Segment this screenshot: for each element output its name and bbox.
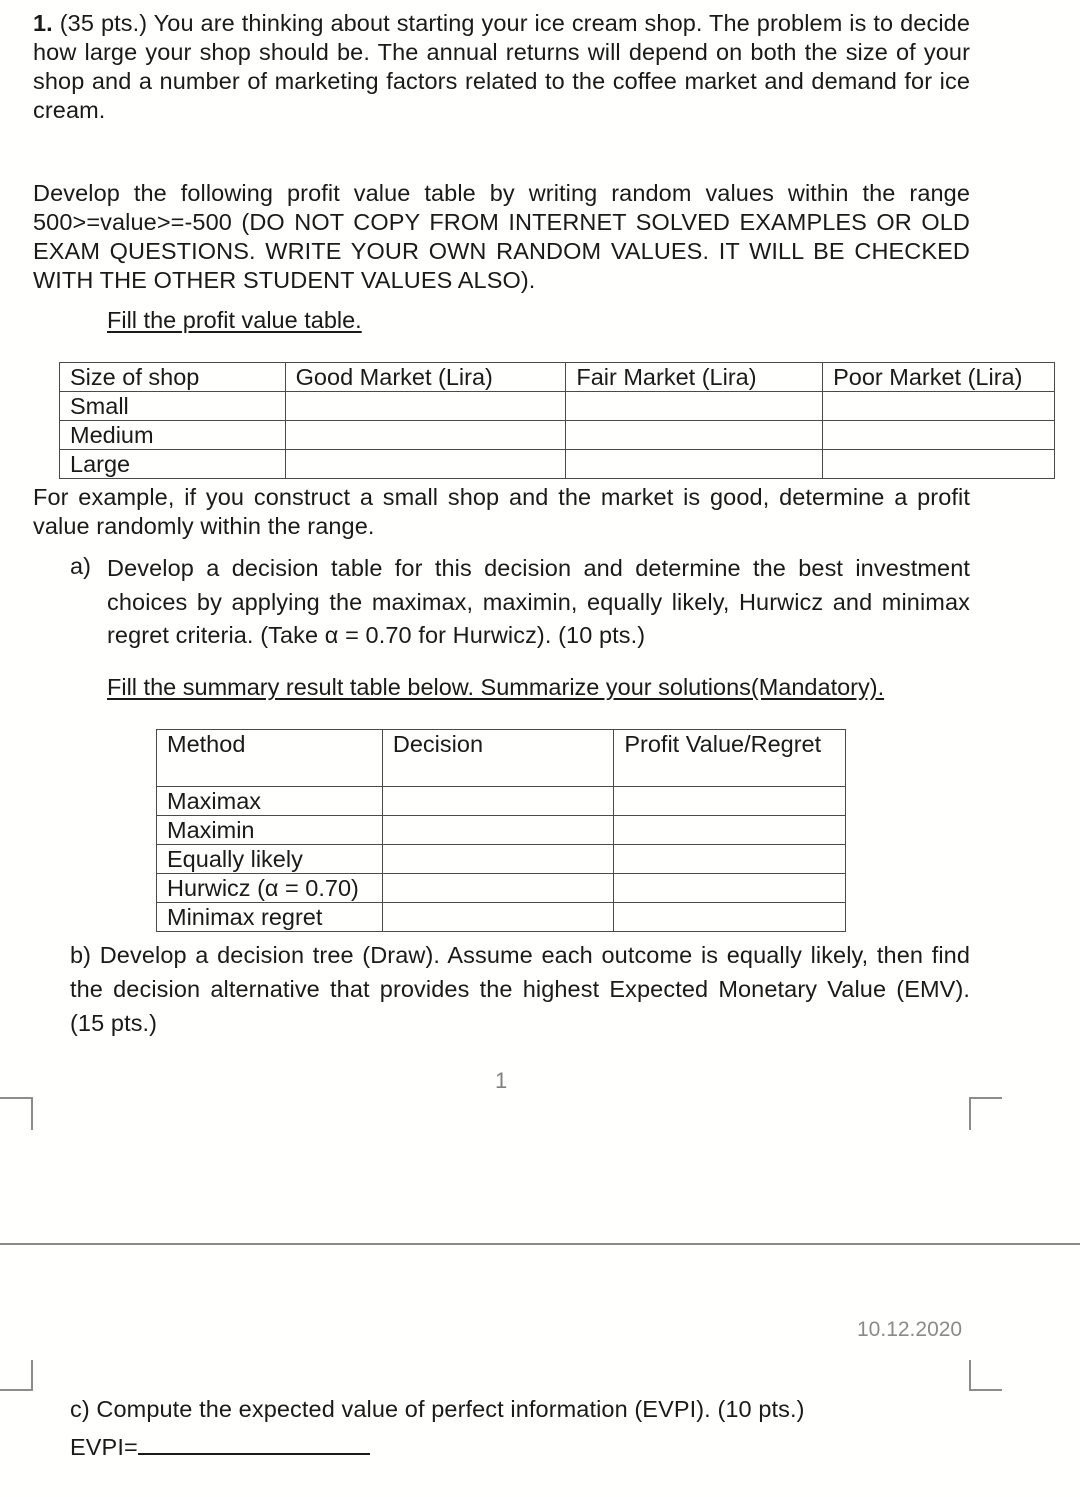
question-number: 1. [33,10,53,36]
cell-large-poor[interactable] [823,450,1055,479]
summary-table-heading: Fill the summary result table below. Sum… [107,674,884,701]
header-profit-value-regret: Profit Value/Regret [614,730,846,787]
crop-mark-bottom-right [969,1097,1002,1130]
crop-mark-bottom-left [0,1097,33,1130]
cell-large-good[interactable] [285,450,566,479]
row-label-large: Large [60,450,286,479]
table-row: Medium [60,421,1055,450]
cell-minimax-regret-decision[interactable] [382,903,613,932]
profit-table-heading: Fill the profit value table. [107,307,362,334]
cell-minimax-regret-value[interactable] [614,903,846,932]
cell-large-fair[interactable] [566,450,823,479]
evpi-answer-line[interactable] [138,1431,370,1455]
page-number: 1 [495,1068,507,1094]
cell-small-poor[interactable] [823,392,1055,421]
cell-hurwicz-value[interactable] [614,874,846,903]
evpi-label: EVPI= [70,1434,138,1460]
question-intro: 1. (35 pts.) You are thinking about star… [33,9,970,125]
cell-maximax-decision[interactable] [382,787,613,816]
row-label-medium: Medium [60,421,286,450]
header-good-market: Good Market (Lira) [285,363,566,392]
cell-small-good[interactable] [285,392,566,421]
header-poor-market: Poor Market (Lira) [823,363,1055,392]
cell-maximin-value[interactable] [614,816,846,845]
table-row: Minimax regret [157,903,846,932]
method-hurwicz: Hurwicz (α = 0.70) [157,874,383,903]
cell-hurwicz-decision[interactable] [382,874,613,903]
cell-small-fair[interactable] [566,392,823,421]
header-method: Method [157,730,383,787]
page-divider [0,1243,1080,1245]
question-intro-text: (35 pts.) You are thinking about startin… [33,10,970,123]
part-a-text: Develop a decision table for this decisi… [107,552,970,653]
page-date: 10.12.2020 [857,1318,962,1342]
method-maximin: Maximin [157,816,383,845]
table-row: Equally likely [157,845,846,874]
cell-equally-likely-value[interactable] [614,845,846,874]
cell-maximin-decision[interactable] [382,816,613,845]
part-b: b) Develop a decision tree (Draw). Assum… [70,938,970,1040]
table-row: Maximax [157,787,846,816]
header-decision: Decision [382,730,613,787]
example-note: For example, if you construct a small sh… [33,483,970,541]
profit-value-table: Size of shop Good Market (Lira) Fair Mar… [59,362,1055,479]
table-row: Small [60,392,1055,421]
cell-medium-good[interactable] [285,421,566,450]
table-row: Hurwicz (α = 0.70) [157,874,846,903]
part-c: c) Compute the expected value of perfect… [70,1395,970,1424]
summary-result-table: Method Decision Profit Value/Regret Maxi… [156,729,846,932]
cell-equally-likely-decision[interactable] [382,845,613,874]
method-minimax-regret: Minimax regret [157,903,383,932]
evpi-answer: EVPI= [70,1431,370,1462]
summary-table-header-row: Method Decision Profit Value/Regret [157,730,846,787]
instructions: Develop the following profit value table… [33,179,970,295]
method-equally-likely: Equally likely [157,845,383,874]
table-row: Maximin [157,816,846,845]
method-maximax: Maximax [157,787,383,816]
part-a-label: a) [70,552,91,581]
cell-maximax-value[interactable] [614,787,846,816]
header-size-of-shop: Size of shop [60,363,286,392]
table-row: Large [60,450,1055,479]
header-fair-market: Fair Market (Lira) [566,363,823,392]
profit-table-header-row: Size of shop Good Market (Lira) Fair Mar… [60,363,1055,392]
cell-medium-poor[interactable] [823,421,1055,450]
cell-medium-fair[interactable] [566,421,823,450]
crop-mark-top-right [969,1360,1002,1391]
crop-mark-top-left [0,1360,33,1391]
row-label-small: Small [60,392,286,421]
